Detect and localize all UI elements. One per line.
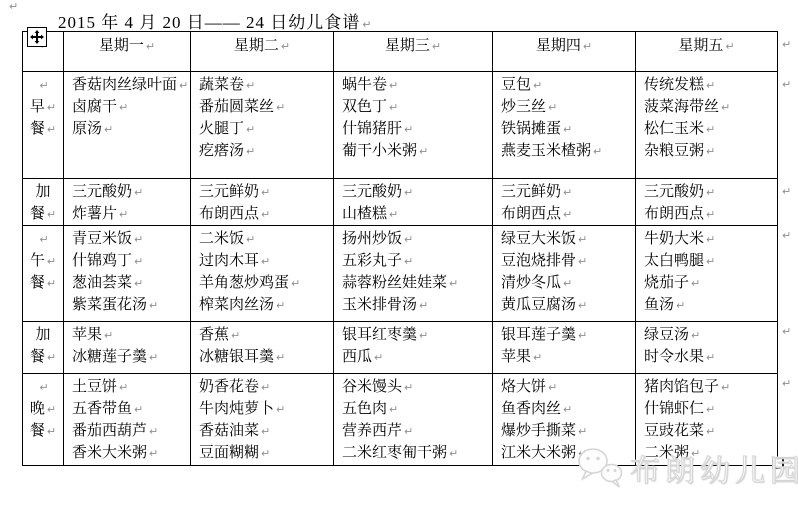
menu-item-text: 番茄圆菜丝 bbox=[199, 99, 274, 115]
menu-item-text: 香菇肉丝绿叶面 bbox=[72, 77, 177, 93]
paragraph-mark: ↵ bbox=[104, 329, 113, 342]
meal-label: 加餐↵ bbox=[23, 179, 64, 226]
menu-item: 营养西芹↵ bbox=[342, 420, 492, 442]
paragraph-mark: ↵ bbox=[134, 277, 143, 290]
menu-item-text: 五香带鱼 bbox=[72, 401, 132, 417]
menu-item: 双色丁↵ bbox=[342, 96, 492, 118]
meal-label-line: 餐↵ bbox=[23, 118, 63, 140]
paragraph-mark: ↵ bbox=[374, 351, 383, 364]
menu-cell: 牛奶大米↵太白鸭腿↵烧茄子↵鱼汤↵ bbox=[636, 226, 778, 322]
day-header-label: 星期三 bbox=[385, 38, 430, 54]
paragraph-mark: ↵ bbox=[362, 18, 372, 31]
paragraph-mark: ↵ bbox=[563, 208, 572, 221]
paragraph-mark: ↵ bbox=[706, 79, 715, 92]
paragraph-mark: ↵ bbox=[691, 277, 700, 290]
menu-item: 羊角葱炒鸡蛋↵ bbox=[199, 272, 333, 294]
menu-cell: 香蕉↵冰糖银耳羹↵ bbox=[191, 322, 334, 374]
menu-item-text: 蔬菜卷 bbox=[199, 77, 244, 93]
menu-item-text: 什锦猪肝 bbox=[342, 121, 402, 137]
header-row: ↵星期一↵星期二↵星期三↵星期四↵星期五↵ bbox=[23, 32, 778, 72]
paragraph-mark: ↵ bbox=[578, 255, 587, 268]
meal-label: 加餐↵ bbox=[23, 322, 64, 374]
paragraph-mark: ↵ bbox=[119, 208, 128, 221]
menu-item-text: 江米大米粥 bbox=[501, 445, 576, 461]
meal-label-char: 餐 bbox=[30, 121, 45, 137]
meal-label: ↵早↵餐↵ bbox=[23, 72, 64, 179]
menu-item-text: 蒜蓉粉丝娃娃菜 bbox=[342, 275, 447, 291]
menu-item-text: 太白鸭腿 bbox=[644, 253, 704, 269]
menu-item: 五彩丸子↵ bbox=[342, 250, 492, 272]
menu-item-text: 豆泡烧排骨 bbox=[501, 253, 576, 269]
meal-label-line: 餐↵ bbox=[23, 346, 63, 368]
menu-item-text: 原汤 bbox=[72, 121, 102, 137]
menu-item: 炒三丝↵ bbox=[501, 96, 635, 118]
paragraph-mark: ↵ bbox=[146, 40, 155, 53]
paragraph-mark: ↵ bbox=[563, 403, 572, 416]
menu-item: 布朗西点↵ bbox=[644, 203, 777, 225]
menu-item: 烧茄子↵ bbox=[644, 272, 777, 294]
paragraph-mark: ↵ bbox=[134, 186, 143, 199]
menu-item: 蜗牛卷↵ bbox=[342, 74, 492, 96]
paragraph-mark: ↵ bbox=[404, 425, 413, 438]
row-end-mark: ↵ bbox=[780, 35, 791, 53]
menu-item: 葡干小米粥↵ bbox=[342, 140, 492, 162]
paragraph-mark: ↵ bbox=[291, 277, 300, 290]
paragraph-mark: ↵ bbox=[39, 233, 48, 246]
menu-item-text: 二米红枣匍干粥 bbox=[342, 445, 447, 461]
paragraph-mark: ↵ bbox=[706, 186, 715, 199]
meal-row: ↵早↵餐↵香菇肉丝绿叶面↵卤腐干↵原汤↵蔬菜卷↵番茄圆菜丝↵火腿丁↵疙瘩汤↵蜗牛… bbox=[23, 72, 778, 179]
paragraph-mark: ↵ bbox=[404, 186, 413, 199]
menu-item-text: 葡干小米粥 bbox=[342, 143, 417, 159]
menu-item-text: 黄瓜豆腐汤 bbox=[501, 297, 576, 313]
paragraph-mark: ↵ bbox=[404, 123, 413, 136]
paragraph-mark: ↵ bbox=[47, 351, 56, 364]
paragraph-mark: ↵ bbox=[276, 403, 285, 416]
menu-item-text: 菠菜海带丝 bbox=[644, 99, 719, 115]
menu-item-text: 烙大饼 bbox=[501, 379, 546, 395]
paragraph-mark: ↵ bbox=[134, 255, 143, 268]
menu-item: 五色肉↵ bbox=[342, 398, 492, 420]
paragraph-mark: ↵ bbox=[276, 299, 285, 312]
day-header-1: 星期一↵ bbox=[64, 32, 191, 72]
menu-item: 香菇油菜↵ bbox=[199, 420, 333, 442]
paragraph-mark: ↵ bbox=[578, 329, 587, 342]
menu-item-text: 山楂糕 bbox=[342, 206, 387, 222]
paragraph-mark: ↵ bbox=[432, 40, 441, 53]
paragraph-mark: ↵ bbox=[149, 351, 158, 364]
paragraph-mark: ↵ bbox=[9, 1, 18, 12]
menu-item-text: 时令水果 bbox=[644, 349, 704, 365]
paragraph-mark: ↵ bbox=[39, 381, 48, 394]
menu-item: 番茄西葫芦↵ bbox=[72, 420, 190, 442]
paragraph-mark: ↵ bbox=[583, 40, 592, 53]
day-header-label: 星期二 bbox=[234, 38, 279, 54]
menu-cell: 奶香花卷↵牛肉炖萝卜↵香菇油菜↵豆面糊糊↵ bbox=[191, 374, 334, 466]
menu-item-text: 西瓜 bbox=[342, 349, 372, 365]
menu-item: 铁锅摊蛋↵ bbox=[501, 118, 635, 140]
menu-item: 山楂糕↵ bbox=[342, 203, 492, 225]
row-end-mark: ↵ bbox=[780, 226, 791, 244]
paragraph-mark: ↵ bbox=[563, 277, 572, 290]
menu-item-text: 豆面糊糊 bbox=[199, 445, 259, 461]
paragraph-mark: ↵ bbox=[419, 329, 428, 342]
menu-item-text: 牛肉炖萝卜 bbox=[199, 401, 274, 417]
menu-item-text: 冰糖银耳羹 bbox=[199, 349, 274, 365]
menu-item: 三元酸奶↵ bbox=[644, 181, 777, 203]
menu-item: 什锦虾仁↵ bbox=[644, 398, 777, 420]
meal-label-line: 餐↵ bbox=[23, 420, 63, 442]
paragraph-mark: ↵ bbox=[419, 145, 428, 158]
paragraph-mark: ↵ bbox=[134, 403, 143, 416]
paragraph-mark: ↵ bbox=[246, 145, 255, 158]
menu-item: 紫菜蛋花汤↵ bbox=[72, 294, 190, 316]
paragraph-mark: ↵ bbox=[404, 233, 413, 246]
menu-item: 苹果↵ bbox=[501, 346, 635, 368]
menu-item: 二米饭↵ bbox=[199, 228, 333, 250]
paragraph-mark: ↵ bbox=[149, 425, 158, 438]
menu-item: 烙大饼↵ bbox=[501, 376, 635, 398]
paragraph-mark: ↵ bbox=[706, 145, 715, 158]
menu-item: 豆包↵ bbox=[501, 74, 635, 96]
paragraph-mark: ↵ bbox=[533, 351, 542, 364]
menu-item-text: 二米饭 bbox=[199, 231, 244, 247]
menu-item: 牛奶大米↵ bbox=[644, 228, 777, 250]
menu-item-text: 三元酸奶 bbox=[342, 184, 402, 200]
menu-item: 青豆米饭↵ bbox=[72, 228, 190, 250]
menu-item-text: 三元鲜奶 bbox=[501, 184, 561, 200]
menu-cell: 青豆米饭↵什锦鸡丁↵葱油荟菜↵紫菜蛋花汤↵ bbox=[64, 226, 191, 322]
menu-item-text: 冰糖莲子羹 bbox=[72, 349, 147, 365]
paragraph-mark: ↵ bbox=[389, 403, 398, 416]
paragraph-mark: ↵ bbox=[706, 123, 715, 136]
menu-item: 什锦猪肝↵ bbox=[342, 118, 492, 140]
menu-item: 火腿丁↵ bbox=[199, 118, 333, 140]
menu-cell: 扬州炒饭↵五彩丸子↵蒜蓉粉丝娃娃菜↵玉米排骨汤↵ bbox=[334, 226, 493, 322]
menu-item-text: 绿豆大米饭 bbox=[501, 231, 576, 247]
paragraph-mark: ↵ bbox=[706, 233, 715, 246]
meal-label-char: 午 bbox=[30, 253, 45, 269]
menu-item-text: 谷米馒头 bbox=[342, 379, 402, 395]
paragraph-mark: ↵ bbox=[276, 351, 285, 364]
menu-cell: 传统发糕↵菠菜海带丝↵松仁玉米↵杂粮豆粥↵ bbox=[636, 72, 778, 179]
menu-cell: 绿豆汤↵时令水果↵ bbox=[636, 322, 778, 374]
menu-item-text: 杂粮豆粥 bbox=[644, 143, 704, 159]
menu-item-text: 香米大米粥 bbox=[72, 445, 147, 461]
paragraph-mark: ↵ bbox=[261, 255, 270, 268]
meal-label: ↵晚↵餐↵ bbox=[23, 374, 64, 466]
meal-label-line: 餐↵ bbox=[23, 272, 63, 294]
menu-item-text: 香菇油菜 bbox=[199, 423, 259, 439]
paragraph-mark: ↵ bbox=[261, 447, 270, 460]
menu-item: 传统发糕↵ bbox=[644, 74, 777, 96]
meal-label-line: 加 bbox=[23, 324, 63, 346]
menu-item-text: 葱油荟菜 bbox=[72, 275, 132, 291]
menu-item-text: 鱼汤 bbox=[644, 297, 674, 313]
menu-item: 疙瘩汤↵ bbox=[199, 140, 333, 162]
meal-label-char: 加 bbox=[35, 184, 50, 200]
menu-item: 五香带鱼↵ bbox=[72, 398, 190, 420]
paragraph-mark: ↵ bbox=[119, 381, 128, 394]
paragraph-mark: ↵ bbox=[149, 299, 158, 312]
meal-label-line: ↵ bbox=[23, 376, 63, 398]
menu-item: 冰糖莲子羹↵ bbox=[72, 346, 190, 368]
menu-item-text: 铁锅摊蛋 bbox=[501, 121, 561, 137]
menu-cell: 土豆饼↵五香带鱼↵番茄西葫芦↵香米大米粥↵ bbox=[64, 374, 191, 466]
menu-item-text: 传统发糕 bbox=[644, 77, 704, 93]
menu-cell: 蜗牛卷↵双色丁↵什锦猪肝↵葡干小米粥↵ bbox=[334, 72, 493, 179]
menu-item: 时令水果↵ bbox=[644, 346, 777, 368]
meal-label-char: 餐 bbox=[30, 206, 45, 222]
menu-item-text: 银耳莲子羹 bbox=[501, 327, 576, 343]
menu-item-text: 布朗西点 bbox=[199, 206, 259, 222]
menu-item-text: 土豆饼 bbox=[72, 379, 117, 395]
paragraph-mark: ↵ bbox=[706, 403, 715, 416]
menu-item: 蒜蓉粉丝娃娃菜↵ bbox=[342, 272, 492, 294]
menu-item-text: 番茄西葫芦 bbox=[72, 423, 147, 439]
menu-item-text: 烧茄子 bbox=[644, 275, 689, 291]
meal-row: ↵午↵餐↵青豆米饭↵什锦鸡丁↵葱油荟菜↵紫菜蛋花汤↵二米饭↵过肉木耳↵羊角葱炒鸡… bbox=[23, 226, 778, 322]
menu-table-body: ↵星期一↵星期二↵星期三↵星期四↵星期五↵↵早↵餐↵香菇肉丝绿叶面↵卤腐干↵原汤… bbox=[23, 32, 778, 466]
menu-item-text: 鱼香肉丝 bbox=[501, 401, 561, 417]
meal-row: 加餐↵三元酸奶↵炸薯片↵三元鲜奶↵布朗西点↵三元酸奶↵山楂糕↵三元鲜奶↵布朗西点… bbox=[23, 179, 778, 226]
menu-item: 豆泡烧排骨↵ bbox=[501, 250, 635, 272]
paragraph-mark: ↵ bbox=[782, 377, 791, 390]
paragraph-mark: ↵ bbox=[706, 351, 715, 364]
paragraph-mark: ↵ bbox=[246, 79, 255, 92]
menu-item: 冰糖银耳羹↵ bbox=[199, 346, 333, 368]
table-move-handle[interactable] bbox=[27, 27, 47, 47]
menu-item-text: 三元酸奶 bbox=[72, 184, 132, 200]
menu-item-text: 青豆米饭 bbox=[72, 231, 132, 247]
paragraph-mark: ↵ bbox=[261, 425, 270, 438]
menu-item-text: 豆豉花菜 bbox=[644, 423, 704, 439]
menu-item: 卤腐干↵ bbox=[72, 96, 190, 118]
menu-table: ↵星期一↵星期二↵星期三↵星期四↵星期五↵↵早↵餐↵香菇肉丝绿叶面↵卤腐干↵原汤… bbox=[22, 31, 778, 466]
watermark-text: 布朗幼儿园 bbox=[630, 446, 798, 490]
paragraph-mark: ↵ bbox=[578, 233, 587, 246]
paragraph-mark: ↵ bbox=[782, 78, 791, 91]
day-header-3: 星期三↵ bbox=[334, 32, 493, 72]
paragraph-mark: ↵ bbox=[721, 381, 730, 394]
meal-label-char: 加 bbox=[35, 327, 50, 343]
paragraph-mark: ↵ bbox=[782, 229, 791, 242]
menu-item-text: 燕麦玉米楂粥 bbox=[501, 143, 591, 159]
meal-label-char: 早 bbox=[30, 99, 45, 115]
meal-label-line: 餐↵ bbox=[23, 203, 63, 225]
paragraph-mark: ↵ bbox=[104, 123, 113, 136]
menu-item: 豆面糊糊↵ bbox=[199, 442, 333, 464]
paragraph-mark: ↵ bbox=[563, 186, 572, 199]
menu-cell: 绿豆大米饭↵豆泡烧排骨↵清炒冬瓜↵黄瓜豆腐汤↵ bbox=[493, 226, 636, 322]
menu-item: 太白鸭腿↵ bbox=[644, 250, 777, 272]
menu-item-text: 苹果 bbox=[72, 327, 102, 343]
menu-item-text: 扬州炒饭 bbox=[342, 231, 402, 247]
meal-label-line: 加 bbox=[23, 181, 63, 203]
paragraph-mark: ↵ bbox=[39, 79, 48, 92]
menu-cell: 苹果↵冰糖莲子羹↵ bbox=[64, 322, 191, 374]
menu-item-text: 疙瘩汤 bbox=[199, 143, 244, 159]
paragraph-mark: ↵ bbox=[246, 233, 255, 246]
menu-item: 三元鲜奶↵ bbox=[501, 181, 635, 203]
menu-item: 布朗西点↵ bbox=[199, 203, 333, 225]
menu-cell: 蔬菜卷↵番茄圆菜丝↵火腿丁↵疙瘩汤↵ bbox=[191, 72, 334, 179]
menu-item: 绿豆大米饭↵ bbox=[501, 228, 635, 250]
paragraph-mark: ↵ bbox=[231, 329, 240, 342]
meal-label-char: 餐 bbox=[30, 423, 45, 439]
paragraph-mark: ↵ bbox=[261, 208, 270, 221]
paragraph-mark: ↵ bbox=[276, 101, 285, 114]
menu-item-text: 银耳红枣羹 bbox=[342, 327, 417, 343]
menu-item: 过肉木耳↵ bbox=[199, 250, 333, 272]
menu-cell: 银耳红枣羹↵西瓜↵ bbox=[334, 322, 493, 374]
menu-item: 谷米馒头↵ bbox=[342, 376, 492, 398]
paragraph-mark: ↵ bbox=[47, 123, 56, 136]
menu-item-text: 营养西芹 bbox=[342, 423, 402, 439]
menu-item-text: 蜗牛卷 bbox=[342, 77, 387, 93]
menu-item-text: 玉米排骨汤 bbox=[342, 297, 417, 313]
day-header-2: 星期二↵ bbox=[191, 32, 334, 72]
day-header-label: 星期五 bbox=[678, 38, 723, 54]
menu-item: 黄瓜豆腐汤↵ bbox=[501, 294, 635, 316]
watermark: 布朗幼儿园 bbox=[576, 446, 798, 490]
paragraph-mark: ↵ bbox=[533, 79, 542, 92]
menu-item-text: 三元酸奶 bbox=[644, 184, 704, 200]
menu-item-text: 什锦虾仁 bbox=[644, 401, 704, 417]
paragraph-mark: ↵ bbox=[782, 185, 791, 198]
menu-item: 榨菜肉丝汤↵ bbox=[199, 294, 333, 316]
menu-item-text: 双色丁 bbox=[342, 99, 387, 115]
menu-item: 绿豆汤↵ bbox=[644, 324, 777, 346]
menu-item-text: 卤腐干 bbox=[72, 99, 117, 115]
move-arrows-icon bbox=[30, 30, 44, 44]
menu-item-text: 奶香花卷 bbox=[199, 379, 259, 395]
paragraph-mark: ↵ bbox=[246, 123, 255, 136]
meal-label-line: 晚↵ bbox=[23, 398, 63, 420]
menu-item: 苹果↵ bbox=[72, 324, 190, 346]
meal-label-line: ↵ bbox=[23, 228, 63, 250]
paragraph-mark: ↵ bbox=[47, 101, 56, 114]
paragraph-mark: ↵ bbox=[706, 425, 715, 438]
menu-cell: 银耳莲子羹↵苹果↵ bbox=[493, 322, 636, 374]
menu-item-text: 紫菜蛋花汤 bbox=[72, 297, 147, 313]
day-header-4: 星期四↵ bbox=[493, 32, 636, 72]
paragraph-mark: ↵ bbox=[578, 299, 587, 312]
paragraph-mark: ↵ bbox=[706, 255, 715, 268]
paragraph-mark: ↵ bbox=[676, 299, 685, 312]
menu-item-text: 什锦鸡丁 bbox=[72, 253, 132, 269]
paragraph-mark: ↵ bbox=[404, 255, 413, 268]
menu-cell: 谷米馒头↵五色肉↵营养西芹↵二米红枣匍干粥↵ bbox=[334, 374, 493, 466]
menu-item-text: 过肉木耳 bbox=[199, 253, 259, 269]
menu-item: 番茄圆菜丝↵ bbox=[199, 96, 333, 118]
menu-item-text: 火腿丁 bbox=[199, 121, 244, 137]
menu-item-text: 布朗西点 bbox=[644, 206, 704, 222]
menu-item: 菠菜海带丝↵ bbox=[644, 96, 777, 118]
menu-cell: 二米饭↵过肉木耳↵羊角葱炒鸡蛋↵榨菜肉丝汤↵ bbox=[191, 226, 334, 322]
menu-item-text: 炸薯片 bbox=[72, 206, 117, 222]
row-end-mark: ↵ bbox=[780, 374, 791, 392]
menu-item: 牛肉炖萝卜↵ bbox=[199, 398, 333, 420]
menu-item: 三元鲜奶↵ bbox=[199, 181, 333, 203]
meal-label-line: 早↵ bbox=[23, 96, 63, 118]
menu-item: 燕麦玉米楂粥↵ bbox=[501, 140, 635, 162]
menu-item: 玉米排骨汤↵ bbox=[342, 294, 492, 316]
menu-item-text: 松仁玉米 bbox=[644, 121, 704, 137]
day-header-label: 星期一 bbox=[99, 38, 144, 54]
document-page: ↵ 2015 年 4 月 20 日—— 24 日幼儿食谱↵ ↵星期一↵星期二↵星… bbox=[0, 0, 798, 515]
menu-cell: 香菇肉丝绿叶面↵卤腐干↵原汤↵ bbox=[64, 72, 191, 179]
menu-cell: 三元酸奶↵布朗西点↵ bbox=[636, 179, 778, 226]
day-header-5: 星期五↵ bbox=[636, 32, 778, 72]
menu-item: 炸薯片↵ bbox=[72, 203, 190, 225]
paragraph-mark: ↵ bbox=[449, 447, 458, 460]
paragraph-mark: ↵ bbox=[419, 299, 428, 312]
paragraph-mark: ↵ bbox=[725, 40, 734, 53]
menu-item-text: 绿豆汤 bbox=[644, 327, 689, 343]
paragraph-mark: ↵ bbox=[47, 277, 56, 290]
paragraph-mark: ↵ bbox=[119, 101, 128, 114]
paragraph-mark: ↵ bbox=[691, 329, 700, 342]
paragraph-mark: ↵ bbox=[548, 101, 557, 114]
menu-item: 鱼香肉丝↵ bbox=[501, 398, 635, 420]
menu-item: 香米大米粥↵ bbox=[72, 442, 190, 464]
paragraph-mark: ↵ bbox=[706, 208, 715, 221]
menu-item-text: 五彩丸子 bbox=[342, 253, 402, 269]
menu-item-text: 清炒冬瓜 bbox=[501, 275, 561, 291]
menu-item: 香蕉↵ bbox=[199, 324, 333, 346]
paragraph-mark: ↵ bbox=[47, 403, 56, 416]
menu-cell: 豆包↵炒三丝↵铁锅摊蛋↵燕麦玉米楂粥↵ bbox=[493, 72, 636, 179]
menu-item: 土豆饼↵ bbox=[72, 376, 190, 398]
menu-cell: 三元鲜奶↵布朗西点↵ bbox=[191, 179, 334, 226]
paragraph-mark: ↵ bbox=[782, 38, 791, 51]
paragraph-mark: ↵ bbox=[281, 40, 290, 53]
paragraph-mark: ↵ bbox=[563, 123, 572, 136]
menu-item: 布朗西点↵ bbox=[501, 203, 635, 225]
meal-label-line: 午↵ bbox=[23, 250, 63, 272]
menu-item-text: 苹果 bbox=[501, 349, 531, 365]
menu-item: 原汤↵ bbox=[72, 118, 190, 140]
menu-item: 清炒冬瓜↵ bbox=[501, 272, 635, 294]
paragraph-mark: ↵ bbox=[47, 425, 56, 438]
day-header-label: 星期四 bbox=[536, 38, 581, 54]
menu-item: 奶香花卷↵ bbox=[199, 376, 333, 398]
menu-item: 葱油荟菜↵ bbox=[72, 272, 190, 294]
meal-label-char: 餐 bbox=[30, 349, 45, 365]
paragraph-mark: ↵ bbox=[134, 233, 143, 246]
menu-item: 爆炒手撕菜↵ bbox=[501, 420, 635, 442]
meal-label: ↵午↵餐↵ bbox=[23, 226, 64, 322]
menu-item-text: 榨菜肉丝汤 bbox=[199, 297, 274, 313]
menu-item: 豆豉花菜↵ bbox=[644, 420, 777, 442]
meal-label-char: 餐 bbox=[30, 275, 45, 291]
menu-item-text: 三元鲜奶 bbox=[199, 184, 259, 200]
menu-item-text: 炒三丝 bbox=[501, 99, 546, 115]
paragraph-mark: ↵ bbox=[389, 208, 398, 221]
row-end-mark: ↵ bbox=[780, 182, 791, 200]
paragraph-mark: ↵ bbox=[149, 447, 158, 460]
menu-item-text: 牛奶大米 bbox=[644, 231, 704, 247]
menu-item: 香菇肉丝绿叶面↵ bbox=[72, 74, 190, 96]
meal-label-char: 晚 bbox=[30, 401, 45, 417]
menu-item: 杂粮豆粥↵ bbox=[644, 140, 777, 162]
menu-item-text: 豆包 bbox=[501, 77, 531, 93]
menu-item: 猪肉馅包子↵ bbox=[644, 376, 777, 398]
paragraph-mark: ↵ bbox=[179, 79, 188, 92]
meal-label-line: ↵ bbox=[23, 74, 63, 96]
menu-item-text: 香蕉 bbox=[199, 327, 229, 343]
